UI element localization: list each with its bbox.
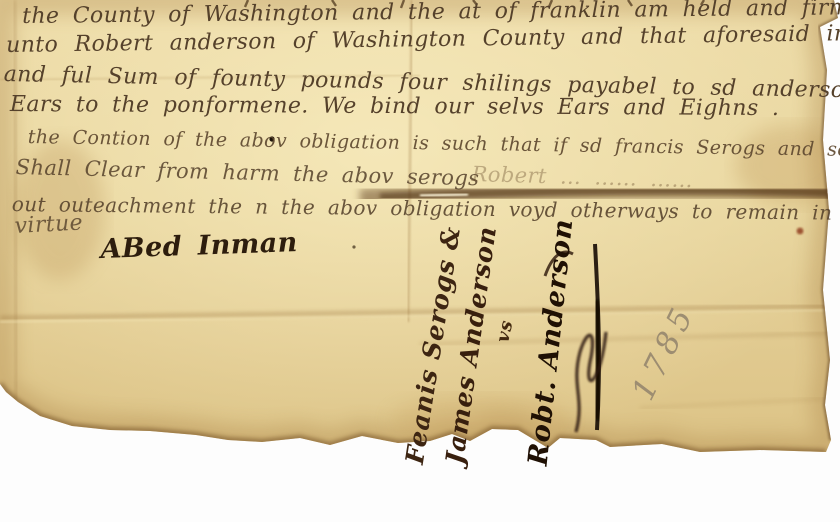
scanned-document: the County of Washington and the at of f… (0, 0, 840, 522)
handwritten-line-4: Ears to the ponformene. We bind our selv… (10, 92, 780, 121)
signature-paraph-stroke-thick (596, 300, 599, 420)
rust-speck (797, 228, 804, 235)
handwritten-line-8: virtue (14, 210, 84, 239)
ink-speck (352, 245, 355, 248)
